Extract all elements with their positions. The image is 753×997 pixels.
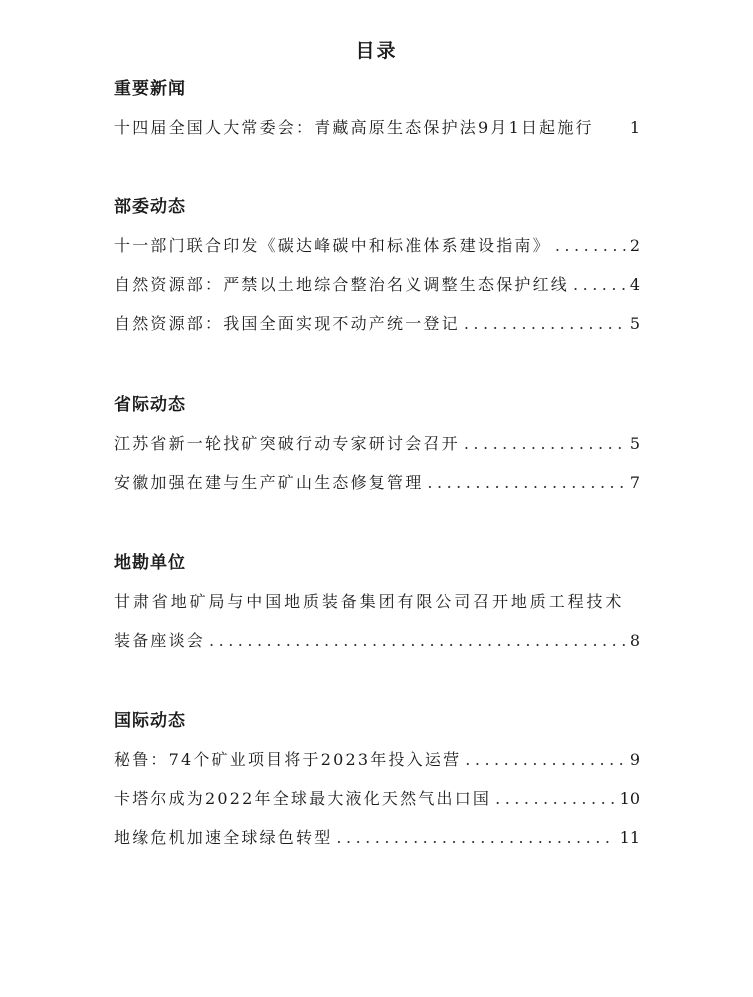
toc-entry-title: 地缘危机加速全球绿色转型 [114,826,332,850]
toc-entry-title: 装备座谈会 [114,629,205,653]
toc-entry-page: 8 [630,629,640,653]
toc-entry[interactable]: 安徽加强在建与生产矿山生态修复管理 7 [114,471,640,510]
toc-entry-title: 安徽加强在建与生产矿山生态修复管理 [114,471,423,495]
section-heading: 重要新闻 [114,77,640,101]
toc-entry[interactable]: 自然资源部：我国全面实现不动产统一登记 5 [114,312,640,351]
toc-entry-page: 2 [630,234,640,258]
toc-entry-page: 5 [630,432,640,456]
toc-entry-title: 自然资源部：我国全面实现不动产统一登记 [114,312,460,336]
toc-entry-title-line2: 装备座谈会 8 [114,629,640,668]
toc-entry-title: 十一部门联合印发《碳达峰碳中和标准体系建设指南》 [114,234,551,258]
toc-entry-title: 卡塔尔成为2022年全球最大液化天然气出口国 [114,787,491,811]
toc-entry-page: 11 [620,826,640,850]
toc-entry-page: 4 [630,273,640,297]
toc-entry-page: 10 [620,787,640,811]
dot-leader [427,471,625,495]
dot-leader [209,629,626,653]
toc-entry-title: 江苏省新一轮找矿突破行动专家研讨会召开 [114,432,460,456]
toc-section-ministry-news: 部委动态 十一部门联合印发《碳达峰碳中和标准体系建设指南》 2 自然资源部：严禁… [114,195,640,351]
toc-section-survey-units: 地勘单位 甘肃省地矿局与中国地质装备集团有限公司召开地质工程技术 装备座谈会 8 [114,551,640,668]
dot-leader [573,273,626,297]
dot-leader [336,826,615,850]
section-heading: 国际动态 [114,709,640,733]
section-heading: 地勘单位 [114,551,640,575]
toc-entry[interactable]: 甘肃省地矿局与中国地质装备集团有限公司召开地质工程技术 装备座谈会 8 [114,590,640,668]
toc-entry[interactable]: 自然资源部：严禁以土地综合整治名义调整生态保护红线 4 [114,273,640,312]
toc-entry-title: 自然资源部：严禁以土地综合整治名义调整生态保护红线 [114,273,569,297]
toc-entry-page: 7 [630,471,640,495]
toc-entry[interactable]: 卡塔尔成为2022年全球最大液化天然气出口国 10 [114,787,640,826]
toc-entry-title-line1: 甘肃省地矿局与中国地质装备集团有限公司召开地质工程技术 [114,590,640,629]
toc-section-provincial-news: 省际动态 江苏省新一轮找矿突破行动专家研讨会召开 5 安徽加强在建与生产矿山生态… [114,393,640,510]
page-title: 目录 [0,36,753,63]
section-heading: 省际动态 [114,393,640,417]
toc-entry[interactable]: 十一部门联合印发《碳达峰碳中和标准体系建设指南》 2 [114,234,640,273]
toc-entry-page: 1 [630,116,640,140]
toc-section-important-news: 重要新闻 十四届全国人大常委会：青藏高原生态保护法9月1日起施行 1 [114,77,640,155]
toc-entry[interactable]: 地缘危机加速全球绿色转型 11 [114,826,640,865]
dot-leader [555,234,626,258]
toc-entry-page: 5 [630,312,640,336]
toc-entry[interactable]: 江苏省新一轮找矿突破行动专家研讨会召开 5 [114,432,640,471]
section-heading: 部委动态 [114,195,640,219]
dot-leader [464,312,626,336]
dot-leader [465,748,626,772]
toc-entry-title: 秘鲁：74个矿业项目将于2023年投入运营 [114,748,461,772]
toc-entry-page: 9 [630,748,640,772]
dot-leader [495,787,616,811]
toc-entry[interactable]: 十四届全国人大常委会：青藏高原生态保护法9月1日起施行 1 [114,116,640,155]
dot-leader [464,432,626,456]
toc-section-international-news: 国际动态 秘鲁：74个矿业项目将于2023年投入运营 9 卡塔尔成为2022年全… [114,709,640,865]
toc-entry-title: 十四届全国人大常委会：青藏高原生态保护法9月1日起施行 [114,116,594,140]
toc-entry[interactable]: 秘鲁：74个矿业项目将于2023年投入运营 9 [114,748,640,787]
